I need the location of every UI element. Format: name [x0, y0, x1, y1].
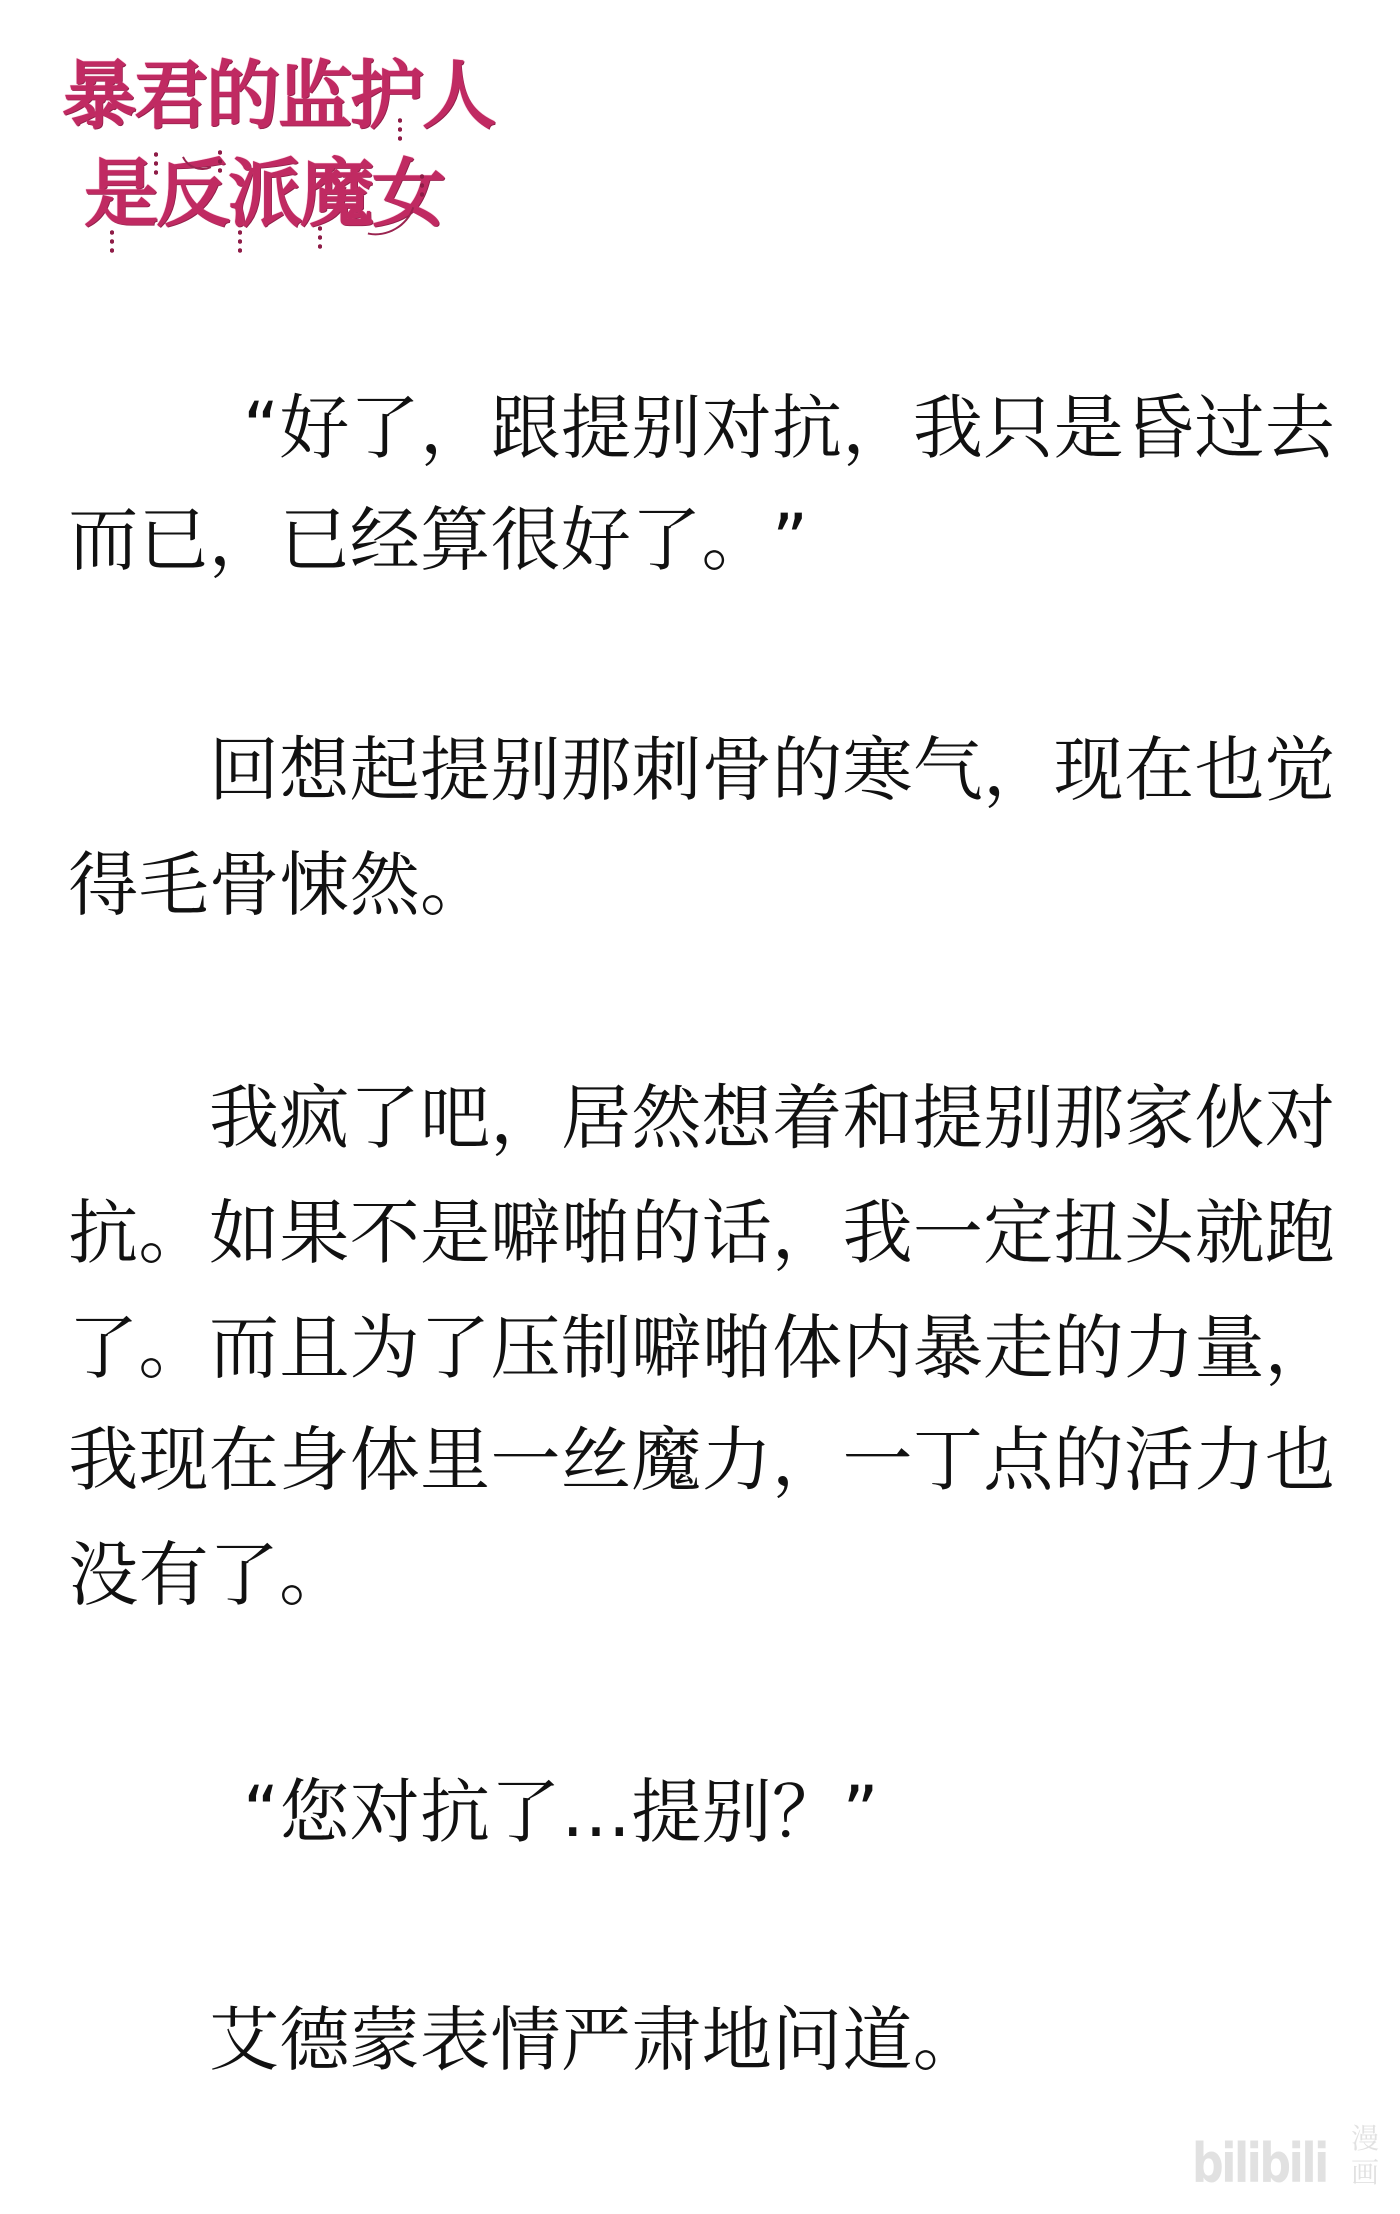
paragraph-2-line-1: 回想起提别那刺骨的寒气，现在也觉 [209, 713, 1335, 827]
paragraph-3-line-3: 了。而且为了压制噼啪体内暴走的力量， [68, 1291, 1335, 1405]
paragraph-5-line-1: 艾德蒙表情严肃地问道。 [209, 1983, 983, 2097]
dot-chain-ornament-icon [420, 172, 424, 198]
dot-chain-ornament-icon [154, 150, 158, 176]
paragraph-4-line-1: “您对抗了…提别？” [209, 1755, 913, 1869]
watermark-sub: 漫画 [1350, 2122, 1380, 2190]
paragraph-3-line-2: 抗。如果不是噼啪的话，我一定扭头就跑 [68, 1176, 1335, 1290]
novel-page: 暴君的监护人 是反派魔女 “好了，跟提别对抗，我只是昏过去而已，已经算很好了。”… [0, 0, 1400, 2214]
bilibili-comics-watermark: bilibili 漫画 [1192, 2122, 1382, 2194]
dot-chain-ornament-icon [318, 224, 322, 250]
paragraph-1-line-2: 而已，已经算很好了。” [68, 483, 842, 597]
paragraph-1-line-1: “好了，跟提别对抗，我只是昏过去 [209, 371, 1335, 485]
dot-chain-ornament-icon [398, 116, 402, 142]
paragraph-3-line-5: 没有了。 [68, 1518, 350, 1632]
dot-chain-ornament-icon [218, 148, 222, 174]
watermark-brand: bilibili [1192, 2134, 1327, 2194]
dot-chain-ornament-icon [238, 228, 242, 254]
dot-chain-ornament-icon [110, 228, 114, 254]
paragraph-3-line-4: 我现在身体里一丝魔力，一丁点的活力也 [68, 1403, 1335, 1517]
series-title-logo: 暴君的监护人 是反派魔女 [58, 48, 488, 248]
title-line-1: 暴君的监护人 [62, 50, 494, 142]
paragraph-3-line-1: 我疯了吧，居然想着和提别那家伙对 [209, 1061, 1335, 1175]
paragraph-2-line-2: 得毛骨悚然。 [68, 828, 490, 942]
